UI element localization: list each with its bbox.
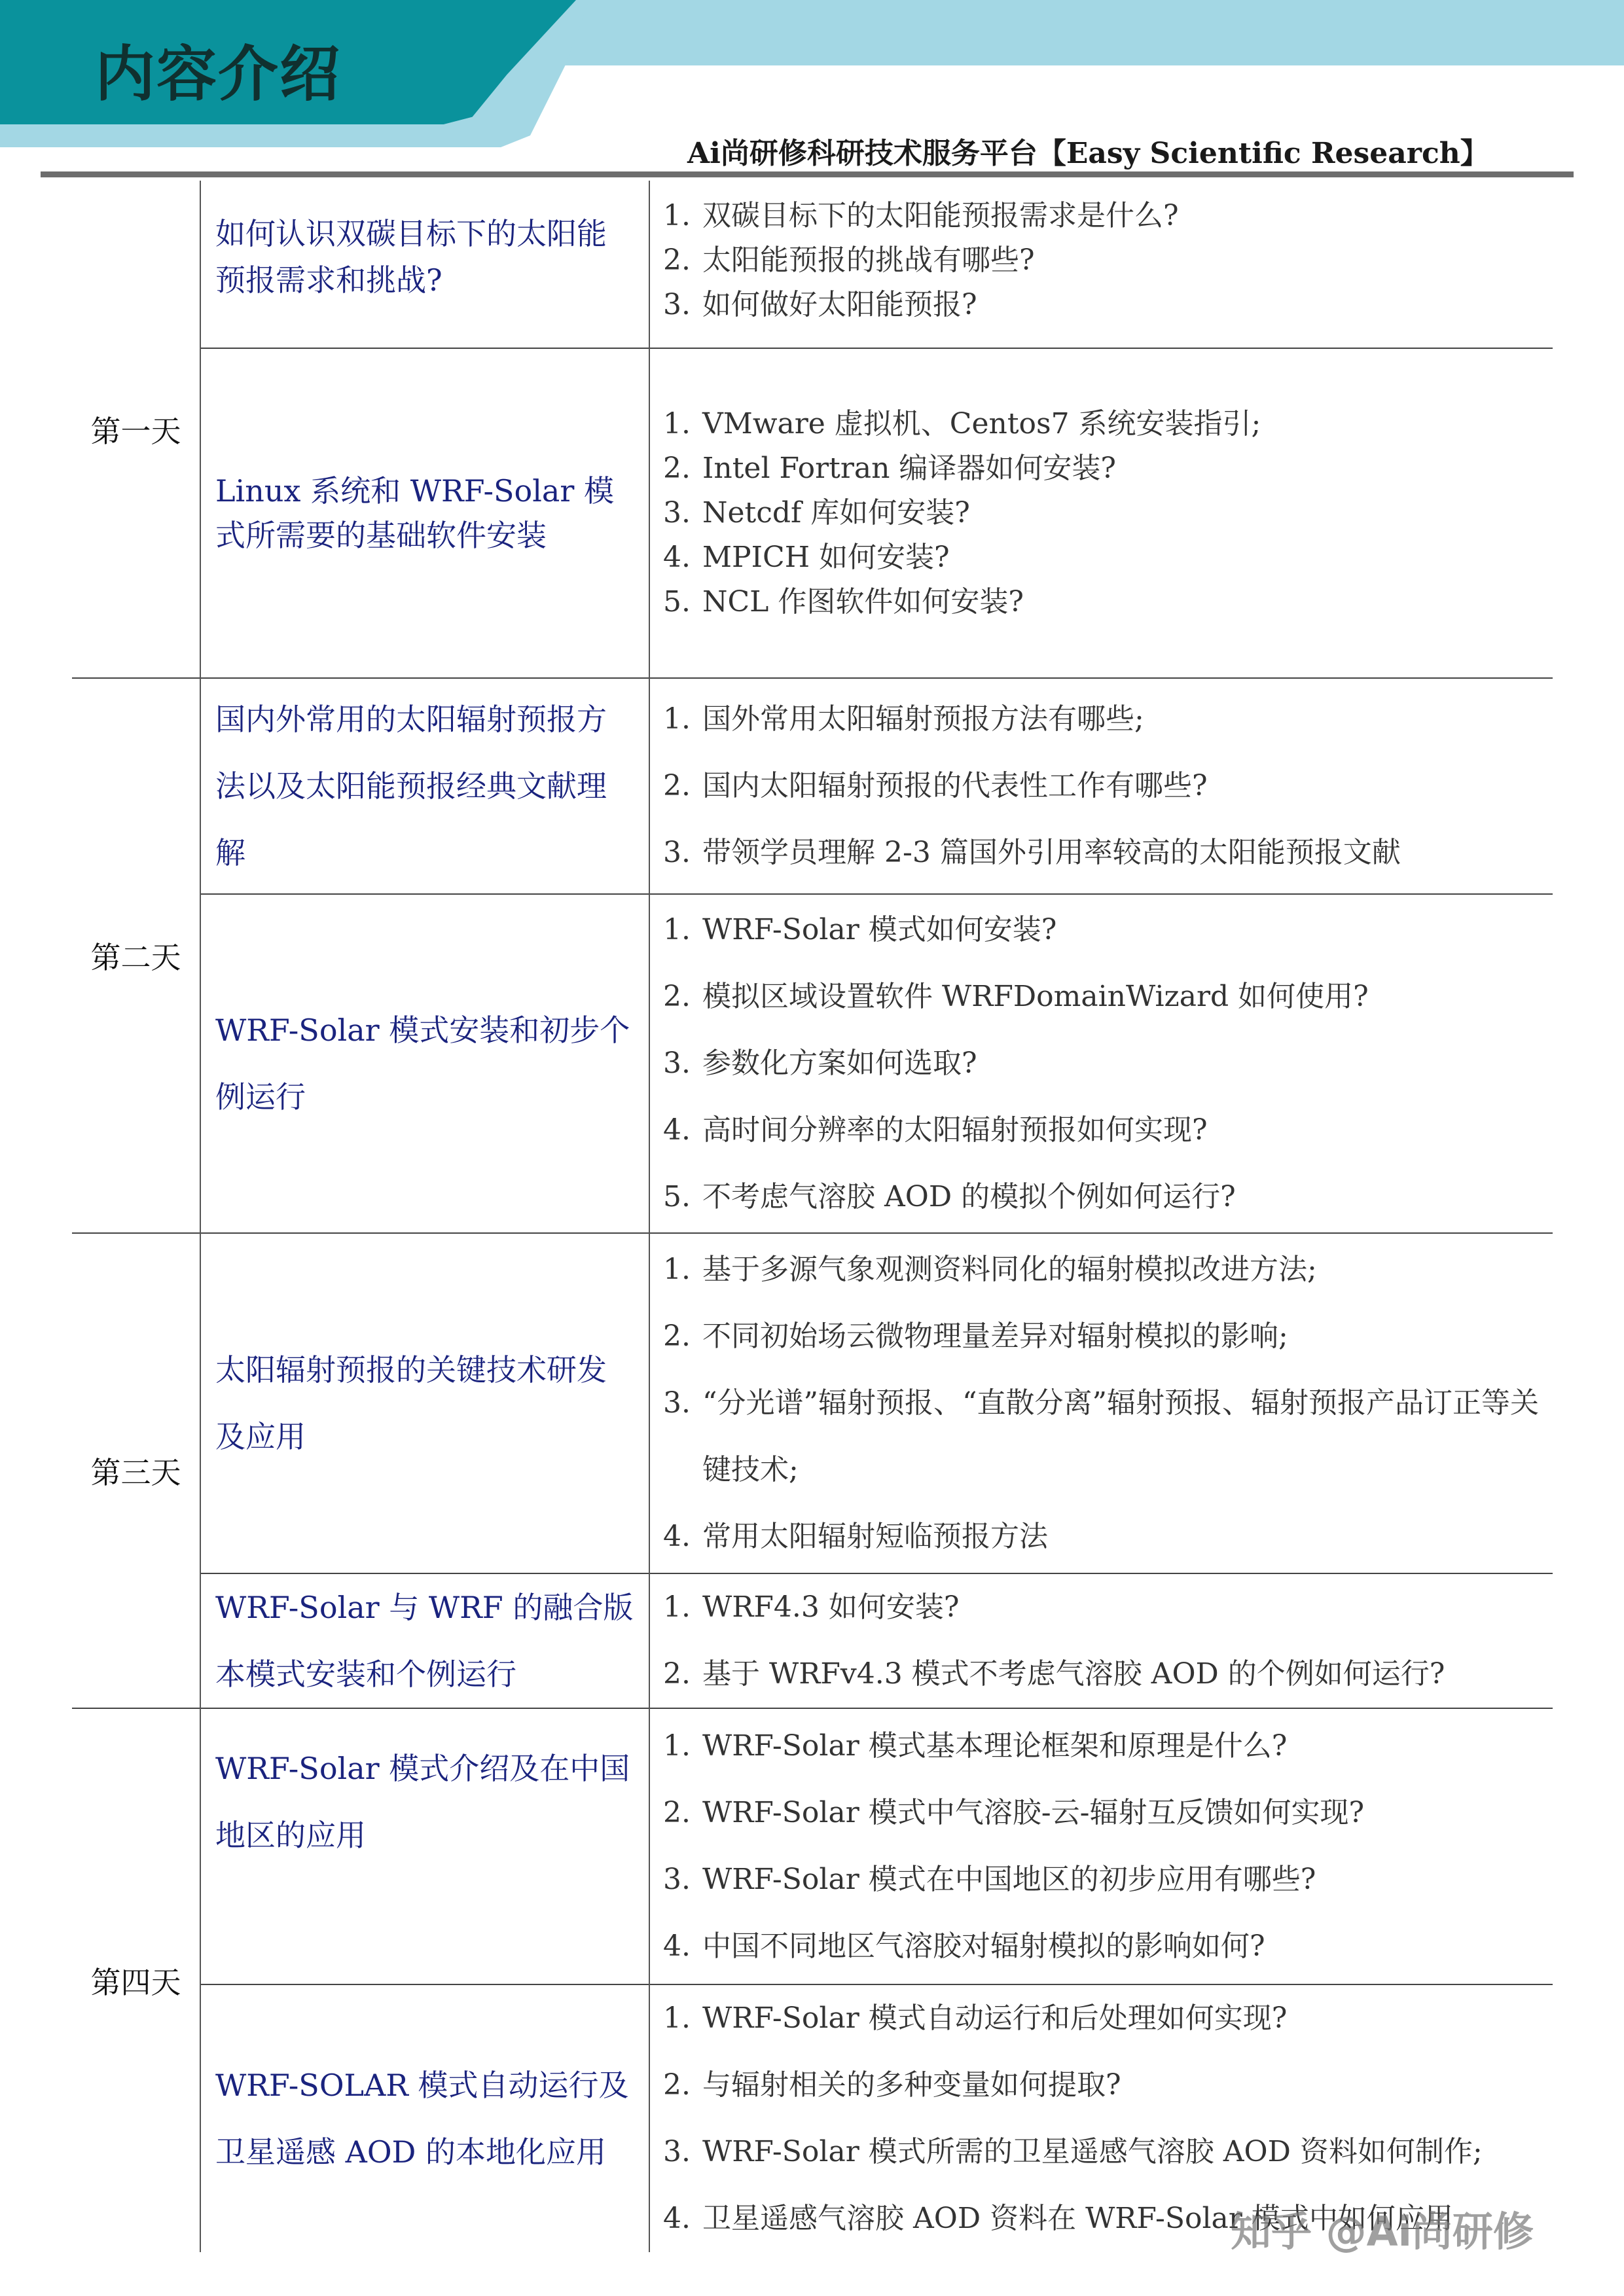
list-item: 2.WRF-Solar 模式中气溶胶-云-辐射互反馈如何实现? [663,1780,1540,1846]
topic-title: 太阳辐射预报的关键技术研发及应用 [200,1233,649,1573]
topic-items: 1.双碳目标下的太阳能预报需求是什么? 2.太阳能预报的挑战有哪些? 3.如何做… [649,181,1553,348]
topic-title: WRF-Solar 模式安装和初步个例运行 [200,894,649,1233]
topic-items: 1.国外常用太阳辐射预报方法有哪些; 2.国内太阳辐射预报的代表性工作有哪些? … [649,678,1553,894]
list-item: 2.模拟区域设置软件 WRFDomainWizard 如何使用? [663,963,1540,1030]
list-item: 1.双碳目标下的太阳能预报需求是什么? [663,194,1540,238]
day-label: 第三天 [72,1233,200,1708]
topic-title: 如何认识双碳目标下的太阳能预报需求和挑战? [200,181,649,348]
topic-title: WRF-SOLAR 模式自动运行及卫星遥感 AOD 的本地化应用 [200,1984,649,2252]
list-item: 1.国外常用太阳辐射预报方法有哪些; [663,686,1540,753]
list-item: 2.基于 WRFv4.3 模式不考虑气溶胶 AOD 的个例如何运行? [663,1641,1540,1708]
list-item: 2.国内太阳辐射预报的代表性工作有哪些? [663,753,1540,819]
list-item: 1.WRF4.3 如何安装? [663,1574,1540,1641]
topic-items: 1.WRF4.3 如何安装? 2.基于 WRFv4.3 模式不考虑气溶胶 AOD… [649,1573,1553,1708]
day-label: 第四天 [72,1708,200,2252]
list-item: 2.太阳能预报的挑战有哪些? [663,238,1540,283]
topic-items: 1.VMware 虚拟机、Centos7 系统安装指引; 2.Intel For… [649,348,1553,678]
day-label: 第一天 [72,181,200,678]
list-item: 5.不考虑气溶胶 AOD 的模拟个例如何运行? [663,1164,1540,1230]
list-item: 2.Intel Fortran 编译器如何安装? [663,446,1540,491]
day-label: 第二天 [72,678,200,1233]
topic-items: 1.WRF-Solar 模式基本理论框架和原理是什么? 2.WRF-Solar … [649,1708,1553,1984]
list-item: 1.WRF-Solar 模式基本理论框架和原理是什么? [663,1713,1540,1780]
list-item: 3.带领学员理解 2-3 篇国外引用率较高的太阳能预报文献 [663,819,1540,886]
list-item: 1.VMware 虚拟机、Centos7 系统安装指引; [663,402,1540,446]
topic-title: Linux 系统和 WRF-Solar 模式所需要的基础软件安装 [200,348,649,678]
list-item: 4.MPICH 如何安装? [663,535,1540,580]
list-item: 3.Netcdf 库如何安装? [663,491,1540,535]
topic-items: 1.基于多源气象观测资料同化的辐射模拟改进方法; 2.不同初始场云微物理量差异对… [649,1233,1553,1573]
list-item: 1.WRF-Solar 模式自动运行和后处理如何实现? [663,1985,1540,2052]
topic-title: 国内外常用的太阳辐射预报方法以及太阳能预报经典文献理解 [200,678,649,894]
list-item: 3.WRF-Solar 模式所需的卫星遥感气溶胶 AOD 资料如何制作; [663,2119,1540,2185]
watermark: 知乎 @Ai尚研修 [1231,2199,1534,2257]
list-item: 1.WRF-Solar 模式如何安装? [663,897,1540,963]
course-schedule-table: 第一天 如何认识双碳目标下的太阳能预报需求和挑战? 1.双碳目标下的太阳能预报需… [72,181,1553,2252]
list-item: 3.如何做好太阳能预报? [663,283,1540,327]
list-item: 4.常用太阳辐射短临预报方法 [663,1503,1540,1570]
list-item: 3.WRF-Solar 模式在中国地区的初步应用有哪些? [663,1846,1540,1913]
list-item: 4.高时间分辨率的太阳辐射预报如何实现? [663,1097,1540,1164]
list-item: 3.参数化方案如何选取? [663,1030,1540,1097]
list-item: 5.NCL 作图软件如何安装? [663,580,1540,624]
header-rule [41,171,1574,177]
list-item: 3.“分光谱”辐射预报、“直散分离”辐射预报、辐射预报产品订正等关键技术; [663,1370,1540,1503]
platform-subtitle: Ai尚研修科研技术服务平台【Easy Scientific Research】 [687,130,1489,171]
topic-title: WRF-Solar 与 WRF 的融合版本模式安装和个例运行 [200,1573,649,1708]
list-item: 1.基于多源气象观测资料同化的辐射模拟改进方法; [663,1236,1540,1303]
list-item: 2.不同初始场云微物理量差异对辐射模拟的影响; [663,1303,1540,1370]
page-title: 内容介绍 [95,26,341,113]
topic-items: 1.WRF-Solar 模式如何安装? 2.模拟区域设置软件 WRFDomain… [649,894,1553,1233]
list-item: 2.与辐射相关的多种变量如何提取? [663,2052,1540,2119]
topic-title: WRF-Solar 模式介绍及在中国地区的应用 [200,1708,649,1984]
list-item: 4.中国不同地区气溶胶对辐射模拟的影响如何? [663,1913,1540,1980]
